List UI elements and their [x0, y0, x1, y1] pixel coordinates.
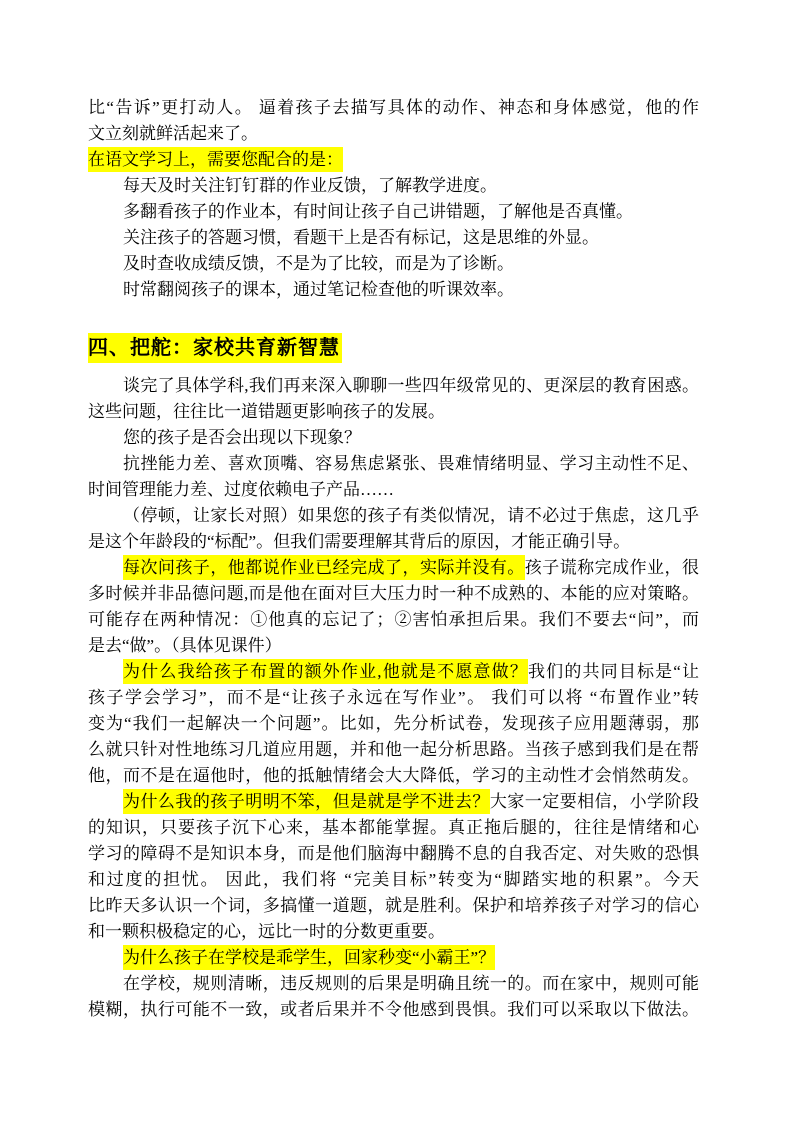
text-line: 和过度的担忧。 因此，我们将 “完美目标”转变为“脚踏实地的积累”。今天 — [88, 867, 699, 893]
text-segment: 我们的共同目标是“让 — [528, 662, 699, 681]
document-page: 比“告诉”更打动人。 逼着孩子去描写具体的动作、神态和身体感觉，他的作文立刻就鲜… — [0, 0, 793, 1122]
text-line: 可能存在两种情况：①他真的忘记了；②害怕承担后果。我们不要去“问”，而 — [88, 607, 699, 633]
text-line: 时间管理能力差、过度依赖电子产品…… — [88, 477, 699, 503]
text-segment: 变为“我们一起解决一个问题”。比如，先分析试卷，发现孩子应用题薄弱，那 — [88, 714, 699, 733]
highlighted-text: 在语文学习上，需要您配合的是： — [88, 147, 343, 172]
text-segment: 关注孩子的答题习惯，看题干上是否有标记，这是思维的外显。 — [123, 228, 599, 247]
text-line: 这些问题，往往比一道错题更影响孩子的发展。 — [88, 399, 699, 425]
text-line: 为什么孩子在学校是乖学生，回家秒变“小霸王”？ — [88, 945, 699, 971]
text-segment: 和一颗积极稳定的心，远比一时的分数更重要。 — [88, 922, 445, 941]
text-line: 时常翻阅孩子的课本，通过笔记检查他的听课效率。 — [88, 277, 699, 303]
text-segment: 在学校，规则清晰，违反规则的后果是明确且统一的。而在家中，规则可能 — [123, 974, 699, 993]
text-segment: 比昨天多认识一个词，多搞懂一道题，就是胜利。保护和培养孩子对学习的信心 — [88, 896, 699, 915]
text-segment: 文立刻就鲜活起来了。 — [88, 124, 258, 143]
text-line: 学习的障碍不是知识本身，而是他们脑海中翻腾不息的自我否定、对失败的恐惧 — [88, 841, 699, 867]
text-line: 是这个年龄段的“标配”。但我们需要理解其背后的原因，才能正确引导。 — [88, 529, 699, 555]
text-line: 模糊，执行可能不一致，或者后果并不令他感到畏惧。我们可以采取以下做法。 — [88, 997, 699, 1023]
text-line: （停顿，让家长对照）如果您的孩子有类似情况，请不必过于焦虑，这几乎 — [88, 503, 699, 529]
text-segment: 孩子学会学习”，而不是“让孩子永远在写作业”。 我们可以将 “布置作业”转 — [88, 688, 699, 707]
text-line: 关注孩子的答题习惯，看题干上是否有标记，这是思维的外显。 — [88, 225, 699, 251]
text-segment: 抗挫能力差、喜欢顶嘴、容易焦虑紧张、畏难情绪明显、学习主动性不足、 — [123, 454, 699, 473]
text-line: 在学校，规则清晰，违反规则的后果是明确且统一的。而在家中，规则可能 — [88, 971, 699, 997]
text-line: 文立刻就鲜活起来了。 — [88, 121, 699, 147]
text-line: 您的孩子是否会出现以下现象？ — [88, 425, 699, 451]
text-segment: 模糊，执行可能不一致，或者后果并不令他感到畏惧。我们可以采取以下做法。 — [88, 1000, 699, 1019]
section-heading-highlight: 四、把舵：家校共育新智慧 — [88, 333, 342, 363]
section-heading: 四、把舵：家校共育新智慧 — [88, 333, 699, 363]
text-segment: 和过度的担忧。 因此，我们将 “完美目标”转变为“脚踏实地的积累”。今天 — [88, 870, 699, 889]
text-segment: 的知识，只要孩子沉下心来，基本都能掌握。真正拖后腿的，往往是情绪和心态。 — [88, 818, 699, 841]
text-segment: 每天及时关注钉钉群的作业反馈，了解教学进度。 — [123, 176, 497, 195]
text-segment: 大家一定要相信，小学阶段 — [490, 792, 699, 811]
text-segment: 可能存在两种情况：①他真的忘记了；②害怕承担后果。我们不要去“问”，而 — [88, 610, 699, 629]
text-line: 是去“做”。（具体见课件） — [88, 633, 699, 659]
highlighted-text: 为什么我的孩子明明不笨，但是就是学不进去？ — [123, 789, 490, 814]
text-segment: 您的孩子是否会出现以下现象？ — [123, 428, 361, 447]
highlighted-text: 为什么孩子在学校是乖学生，回家秒变“小霸王”？ — [123, 945, 495, 970]
text-line: 在语文学习上，需要您配合的是： — [88, 147, 699, 173]
text-segment: 么就只针对性地练习几道应用题，并和他一起分析思路。当孩子感到我们是在帮 — [88, 740, 699, 759]
text-segment: （停顿，让家长对照）如果您的孩子有类似情况，请不必过于焦虑，这几乎 — [123, 506, 699, 525]
highlighted-text: 为什么我给孩子布置的额外作业,他就是不愿意做？ — [123, 659, 528, 684]
text-segment: 时间管理能力差、过度依赖电子产品…… — [88, 480, 394, 499]
text-segment: 这些问题，往往比一道错题更影响孩子的发展。 — [88, 402, 445, 421]
text-line: 抗挫能力差、喜欢顶嘴、容易焦虑紧张、畏难情绪明显、学习主动性不足、 — [88, 451, 699, 477]
text-line: 多翻看孩子的作业本，有时间让孩子自己讲错题，了解他是否真懂。 — [88, 199, 699, 225]
text-segment: 时常翻阅孩子的课本，通过笔记检查他的听课效率。 — [123, 280, 514, 299]
text-line: 每次问孩子，他都说作业已经完成了，实际并没有。孩子谎称完成作业，很 — [88, 555, 699, 581]
text-segment: 谈完了具体学科,我们再来深入聊聊一些四年级常见的、更深层的教育困惑。 — [123, 376, 699, 395]
text-line: 为什么我给孩子布置的额外作业,他就是不愿意做？我们的共同目标是“让 — [88, 659, 699, 685]
text-segment: 多翻看孩子的作业本，有时间让孩子自己讲错题，了解他是否真懂。 — [123, 202, 633, 221]
highlighted-text: 每次问孩子，他都说作业已经完成了，实际并没有。 — [123, 555, 525, 580]
text-line: 比昨天多认识一个词，多搞懂一道题，就是胜利。保护和培养孩子对学习的信心 — [88, 893, 699, 919]
text-line: 变为“我们一起解决一个问题”。比如，先分析试卷，发现孩子应用题薄弱，那 — [88, 711, 699, 737]
text-line: 的知识，只要孩子沉下心来，基本都能掌握。真正拖后腿的，往往是情绪和心态。 — [88, 815, 699, 841]
section-main: 谈完了具体学科,我们再来深入聊聊一些四年级常见的、更深层的教育困惑。这些问题，往… — [88, 373, 699, 1023]
text-segment: 多时候并非品德问题,而是他在面对巨大压力时一种不成熟的、本能的应对策略。 — [88, 584, 699, 603]
text-line: 和一颗积极稳定的心，远比一时的分数更重要。 — [88, 919, 699, 945]
text-segment: 比“告诉”更打动人。 逼着孩子去描写具体的动作、神态和身体感觉，他的作 — [88, 98, 699, 117]
text-line: 他，而不是在逼他时，他的抵触情绪会大大降低，学习的主动性才会悄然萌发。 — [88, 763, 699, 789]
text-segment: 是去“做”。（具体见课件） — [88, 636, 282, 655]
text-segment: 学习的障碍不是知识本身，而是他们脑海中翻腾不息的自我否定、对失败的恐惧 — [88, 844, 699, 863]
text-line: 及时查收成绩反馈，不是为了比较，而是为了诊断。 — [88, 251, 699, 277]
text-line: 么就只针对性地练习几道应用题，并和他一起分析思路。当孩子感到我们是在帮 — [88, 737, 699, 763]
text-line: 孩子学会学习”，而不是“让孩子永远在写作业”。 我们可以将 “布置作业”转 — [88, 685, 699, 711]
text-segment: 是这个年龄段的“标配”。但我们需要理解其背后的原因，才能正确引导。 — [88, 532, 630, 551]
text-line: 多时候并非品德问题,而是他在面对巨大压力时一种不成熟的、本能的应对策略。 — [88, 581, 699, 607]
text-line: 每天及时关注钉钉群的作业反馈，了解教学进度。 — [88, 173, 699, 199]
text-segment: 孩子谎称完成作业，很 — [525, 558, 699, 577]
text-line: 比“告诉”更打动人。 逼着孩子去描写具体的动作、神态和身体感觉，他的作 — [88, 95, 699, 121]
text-line: 为什么我的孩子明明不笨，但是就是学不进去？大家一定要相信，小学阶段 — [88, 789, 699, 815]
text-segment: 及时查收成绩反馈，不是为了比较，而是为了诊断。 — [123, 254, 514, 273]
text-line: 谈完了具体学科,我们再来深入聊聊一些四年级常见的、更深层的教育困惑。 — [88, 373, 699, 399]
text-segment: 他，而不是在逼他时，他的抵触情绪会大大降低，学习的主动性才会悄然萌发。 — [88, 766, 699, 785]
section-top: 比“告诉”更打动人。 逼着孩子去描写具体的动作、神态和身体感觉，他的作文立刻就鲜… — [88, 95, 699, 303]
